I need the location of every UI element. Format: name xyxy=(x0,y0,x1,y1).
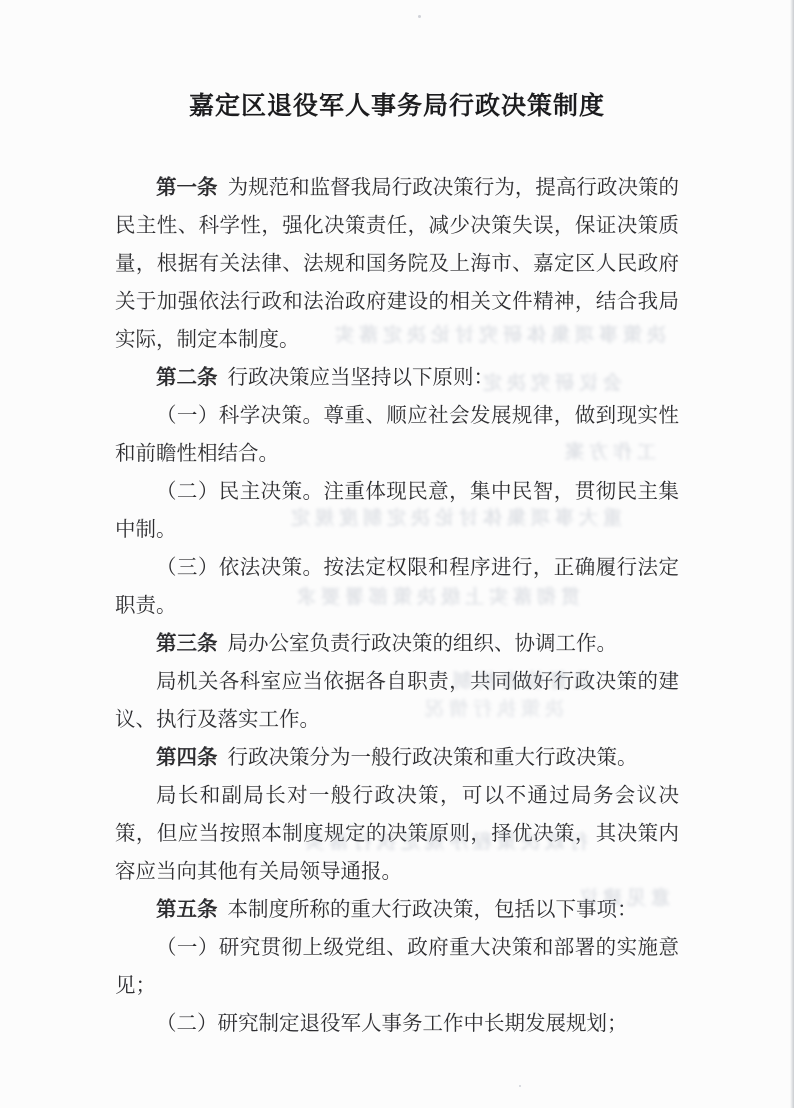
paragraph-article-3-cont: 局机关各科室应当依据各自职责，共同做好行政决策的建议、执行及落实工作。 xyxy=(115,663,679,739)
paragraph-article-1: 第一条为规范和监督我局行政决策行为，提高行政决策的民主性、科学性，强化决策责任，… xyxy=(115,169,679,359)
paragraph-text: （三）依法决策。按法定权限和程序进行，正确履行法定职责。 xyxy=(115,557,679,617)
article-number: 第四条 xyxy=(156,746,218,769)
paragraph-item-1: （一）科学决策。尊重、顺应社会发展规律，做到现实性和前瞻性相结合。 xyxy=(115,397,679,473)
article-number: 第二条 xyxy=(156,366,218,389)
paragraph-article-2: 第二条行政决策应当坚持以下原则： xyxy=(115,359,679,397)
document-title: 嘉定区退役军人事务局行政决策制度 xyxy=(0,91,794,122)
paragraph-text: 本制度所称的重大行政决策，包括以下事项： xyxy=(228,899,638,921)
article-number: 第五条 xyxy=(156,898,218,921)
paragraph-article-5: 第五条本制度所称的重大行政决策，包括以下事项： xyxy=(115,891,679,929)
paragraph-article-3: 第三条局办公室负责行政决策的组织、协调工作。 xyxy=(115,625,679,663)
paragraph-article-4-cont: 局长和副局长对一般行政决策，可以不通过局务会议决策，但应当按照本制度规定的决策原… xyxy=(115,777,679,891)
paragraph-text: 为规范和监督我局行政决策行为，提高行政决策的民主性、科学性，强化决策责任，减少决… xyxy=(115,177,679,351)
paragraph-text: （一）科学决策。尊重、顺应社会发展规律，做到现实性和前瞻性相结合。 xyxy=(115,405,679,465)
paragraph-text: （一）研究贯彻上级党组、政府重大决策和部署的实施意见； xyxy=(115,937,679,997)
paragraph-text: 局办公室负责行政决策的组织、协调工作。 xyxy=(228,633,618,655)
scan-edge-shadow xyxy=(790,0,794,1108)
paragraph-text: （二）研究制定退役军人事务工作中长期发展规划； xyxy=(156,1013,628,1035)
scan-speck xyxy=(519,1085,521,1087)
paragraph-text: 行政决策分为一般行政决策和重大行政决策。 xyxy=(228,747,638,769)
scan-speck xyxy=(418,15,421,18)
paragraph-text: 行政决策应当坚持以下原则： xyxy=(228,367,495,389)
paragraph-text: （二）民主决策。注重体现民意，集中民智，贯彻民主集中制。 xyxy=(115,481,679,541)
paragraph-item-3: （三）依法决策。按法定权限和程序进行，正确履行法定职责。 xyxy=(115,549,679,625)
paragraph-item-2b: （二）研究制定退役军人事务工作中长期发展规划； xyxy=(115,1005,679,1043)
document-body: 第一条为规范和监督我局行政决策行为，提高行政决策的民主性、科学性，强化决策责任，… xyxy=(115,169,679,1043)
article-number: 第一条 xyxy=(156,176,218,199)
article-number: 第三条 xyxy=(156,632,218,655)
scanned-document-page: 嘉定区退役军人事务局行政决策制度 第一条为规范和监督我局行政决策行为，提高行政决… xyxy=(0,0,794,1108)
paragraph-item-1b: （一）研究贯彻上级党组、政府重大决策和部署的实施意见； xyxy=(115,929,679,1005)
paragraph-text: 局长和副局长对一般行政决策，可以不通过局务会议决策，但应当按照本制度规定的决策原… xyxy=(115,785,679,883)
paragraph-text: 局机关各科室应当依据各自职责，共同做好行政决策的建议、执行及落实工作。 xyxy=(115,671,679,731)
paragraph-item-2: （二）民主决策。注重体现民意，集中民智，贯彻民主集中制。 xyxy=(115,473,679,549)
paragraph-article-4: 第四条行政决策分为一般行政决策和重大行政决策。 xyxy=(115,739,679,777)
